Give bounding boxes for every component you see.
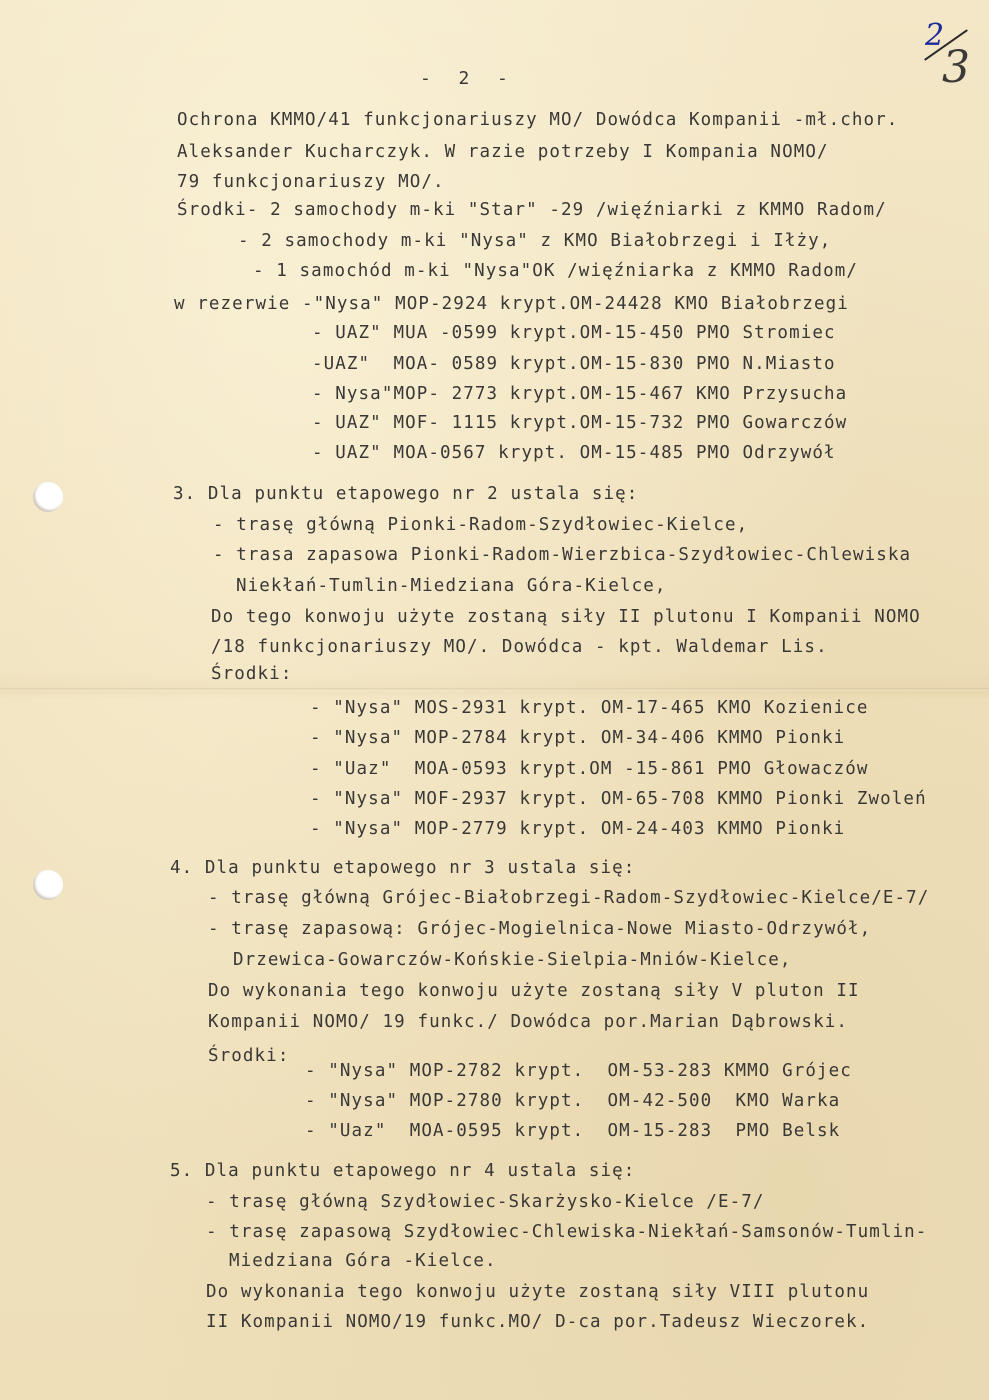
typed-line: - trasę zapasową: Grójec-Mogielnica-Nowe… [208, 919, 871, 939]
typed-line: Kompanii NOMO/ 19 funkc./ Dowódca por.Ma… [208, 1012, 848, 1032]
typed-line: w rezerwie -"Nysa" MOP-2924 krypt.OM-244… [174, 294, 849, 314]
typed-line: - Nysa"MOP- 2773 krypt.OM-15-467 KMO Prz… [312, 384, 847, 404]
typed-line: - "Nysa" MOP-2779 krypt. OM-24-403 KMMO … [310, 819, 845, 839]
paper-fold [0, 688, 989, 691]
typed-line: - trasę zapasową Szydłowiec-Chlewiska-Ni… [206, 1222, 927, 1242]
typed-line: - trasa zapasowa Pionki-Radom-Wierzbica-… [213, 545, 911, 565]
typed-line: II Kompanii NOMO/19 funkc.MO/ D-ca por.T… [206, 1312, 869, 1332]
typed-line: Aleksander Kucharczyk. W razie potrzeby … [177, 142, 829, 162]
typed-line: Ochrona KMMO/41 funkcjonariuszy MO/ Dowó… [177, 110, 898, 130]
typed-line: - trasę główną Pionki-Radom-Szydłowiec-K… [213, 515, 748, 535]
typed-line: Środki- 2 samochody m-ki "Star" -29 /wię… [177, 200, 887, 220]
handwritten-new-page-number: 3 [942, 42, 970, 93]
typed-line: 4. Dla punktu etapowego nr 3 ustala się: [170, 858, 635, 878]
typed-line: - "Uaz" MOA-0595 krypt. OM-15-283 PMO Be… [305, 1121, 840, 1141]
typed-line: - "Nysa" MOP-2784 krypt. OM-34-406 KMMO … [310, 728, 845, 748]
typed-line: - "Nysa" MOP-2782 krypt. OM-53-283 KMMO … [305, 1061, 852, 1081]
typed-line: -UAZ" MOA- 0589 krypt.OM-15-830 PMO N.Mi… [312, 354, 836, 374]
typed-line: Miedziana Góra -Kielce. [229, 1251, 497, 1271]
typed-line: Środki: [208, 1046, 289, 1066]
typed-line: - UAZ" MOA-0567 krypt. OM-15-485 PMO Odr… [312, 443, 836, 463]
document-page: 2 3 - 2 - Ochrona KMMO/41 funkcjonariusz… [0, 0, 989, 1400]
punch-hole-top [33, 482, 63, 512]
typed-line: - 2 samochody m-ki "Nysa" z KMO Białobrz… [238, 231, 831, 251]
typed-line: - UAZ" MOF- 1115 krypt.OM-15-732 PMO Gow… [312, 413, 847, 433]
typed-line: - "Uaz" MOA-0593 krypt.OM -15-861 PMO Gł… [310, 759, 869, 779]
typed-line: Do tego konwoju użyte zostaną siły II pl… [211, 607, 921, 627]
typed-line: Niekłań-Tumlin-Miedziana Góra-Kielce, [236, 576, 667, 596]
typed-line: Środki: [211, 664, 292, 684]
typed-line: - 1 samochód m-ki "Nysa"OK /więźniarka z… [253, 261, 858, 281]
typed-line: - "Nysa" MOP-2780 krypt. OM-42-500 KMO W… [305, 1091, 840, 1111]
typed-line: - trasę główną Grójec-Białobrzegi-Radom-… [208, 888, 929, 908]
typed-line: /18 funkcjonariuszy MO/. Dowódca - kpt. … [211, 637, 828, 657]
typed-line: - "Nysa" MOF-2937 krypt. OM-65-708 KMMO … [310, 789, 927, 809]
typed-line: 5. Dla punktu etapowego nr 4 ustala się: [170, 1161, 635, 1181]
typed-line: Do wykonania tego konwoju użyte zostaną … [206, 1282, 869, 1302]
typed-page-number: - 2 - [420, 68, 510, 89]
typed-line: - "Nysa" MOS-2931 krypt. OM-17-465 KMO K… [310, 698, 869, 718]
punch-hole-bottom [33, 870, 63, 900]
typed-line: Drzewica-Gowarczów-Końskie-Sielpia-Mniów… [233, 950, 792, 970]
typed-line: - trasę główną Szydłowiec-Skarżysko-Kiel… [206, 1192, 765, 1212]
typed-line: - UAZ" MUA -0599 krypt.OM-15-450 PMO Str… [312, 323, 836, 343]
typed-line: 79 funkcjonariuszy MO/. [177, 172, 445, 192]
typed-line: Do wykonania tego konwoju użyte zostaną … [208, 981, 860, 1001]
typed-line: 3. Dla punktu etapowego nr 2 ustala się: [173, 484, 638, 504]
